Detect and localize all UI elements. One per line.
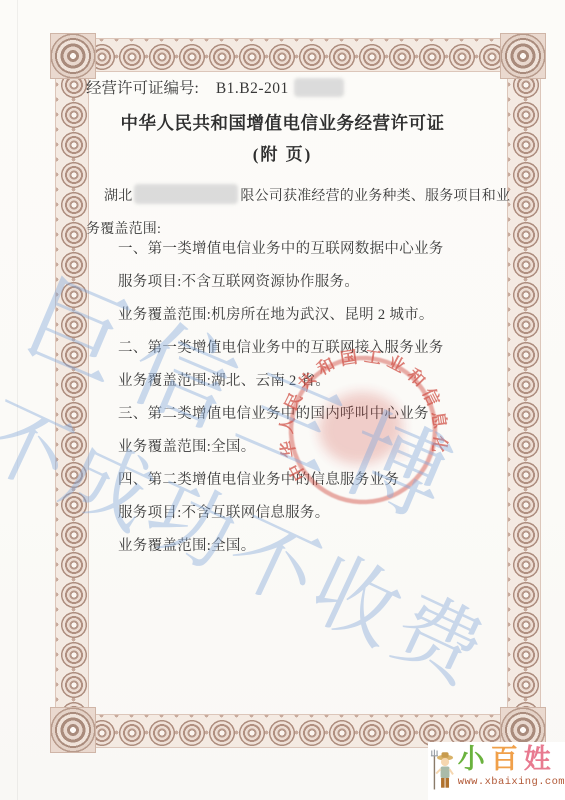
logo-char: 小 <box>458 744 491 774</box>
logo-name: 小百姓 <box>458 744 565 774</box>
border-corner-bottom-left <box>50 707 96 753</box>
company-name-prefix: 湖北 <box>104 189 132 204</box>
scope-line: 三、第二类增值电信业务中的国内呼叫中心业务 <box>118 398 528 431</box>
scope-line: 四、第二类增值电信业务中的信息服务业务 <box>118 464 528 497</box>
scope-line: 业务覆盖范围:全国。 <box>118 530 528 563</box>
certificate-title: 中华人民共和国增值电信业务经营许可证 <box>0 110 565 135</box>
certificate-subtitle: (附 页) <box>0 140 565 165</box>
logo-text: 小百姓 www.xbaixing.com <box>458 744 565 788</box>
border-corner-top-left <box>50 33 96 79</box>
scope-line: 业务覆盖范围:机房所在地为武汉、昆明 2 城市。 <box>118 299 528 332</box>
site-logo: 小百姓 www.xbaixing.com <box>428 742 565 800</box>
logo-char: 百 <box>491 744 524 774</box>
border-corner-top-right <box>500 33 546 79</box>
license-number-value: B1.B2-201 <box>216 80 289 97</box>
scope-line: 业务覆盖范围:湖北、云南 2 省。 <box>118 365 528 398</box>
scope-line: 一、第一类增值电信业务中的互联网数据中心业务 <box>118 233 528 266</box>
farmer-mascot-icon <box>430 744 455 796</box>
license-number-redaction <box>294 78 344 97</box>
license-number-row: 经营许可证编号:B1.B2-201 <box>86 76 344 98</box>
scope-line: 业务覆盖范围:全国。 <box>118 431 528 464</box>
scope-line: 服务项目:不含互联网信息服务。 <box>118 497 528 530</box>
scope-line: 服务项目:不含互联网资源协作服务。 <box>118 266 528 299</box>
license-number-label: 经营许可证编号: <box>86 80 199 97</box>
scope-line: 二、第一类增值电信业务中的互联网接入服务业务 <box>118 332 528 365</box>
logo-char: 姓 <box>524 744 557 774</box>
logo-website: www.xbaixing.com <box>458 776 565 788</box>
border-top <box>55 38 541 72</box>
business-scope-list: 一、第一类增值电信业务中的互联网数据中心业务 服务项目:不含互联网资源协作服务。… <box>118 233 528 563</box>
company-name-redaction <box>134 184 238 204</box>
certificate-page: 经营许可证编号:B1.B2-201 中华人民共和国增值电信业务经营许可证 (附 … <box>0 0 565 800</box>
